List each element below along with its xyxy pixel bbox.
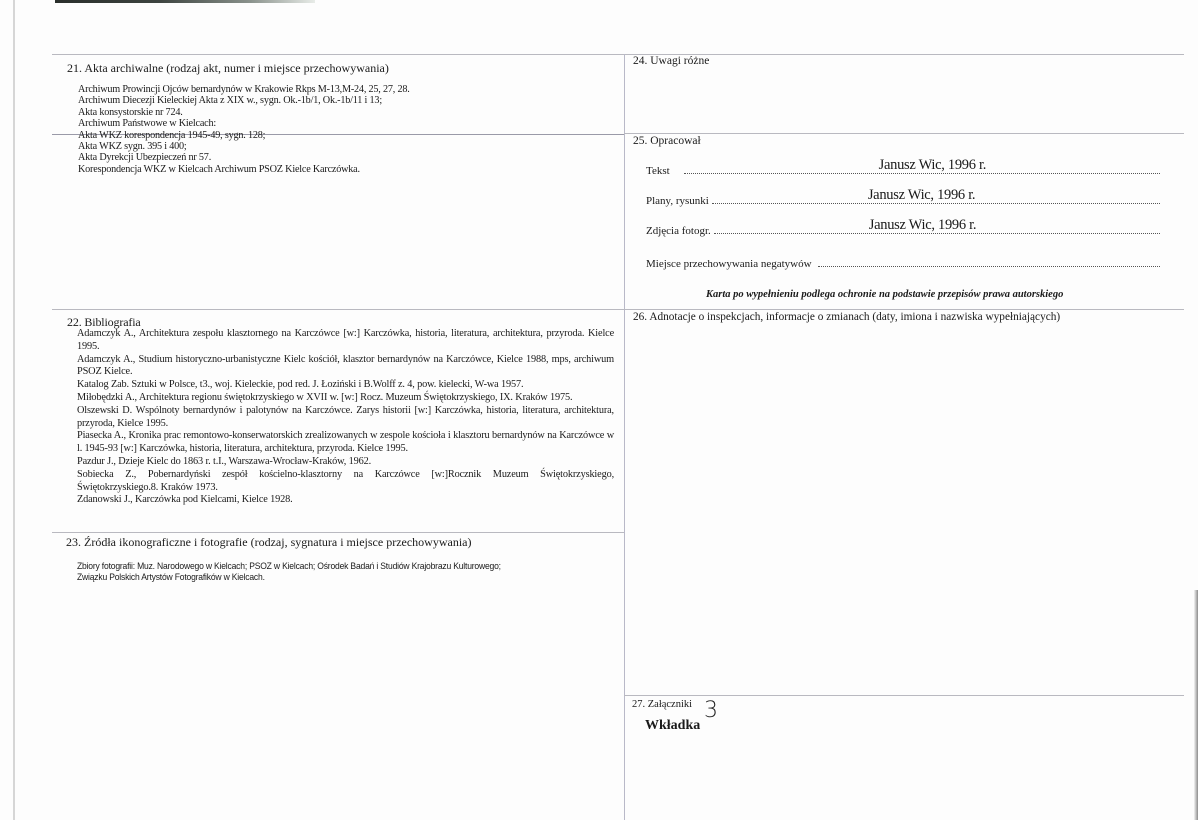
archive-line: Archiwum Diecezji Kieleckiej Akta z XIX … [78, 95, 410, 106]
divider-top [52, 54, 1184, 55]
field-label: Plany, rysunki [646, 195, 712, 207]
section-21-body: Archiwum Prowincji Ojców bernardynów w K… [78, 84, 410, 175]
field-value: Janusz Wic, 1996 r. [879, 157, 986, 174]
iconography-line: Zbiory fotografii: Muz. Narodowego w Kie… [77, 561, 501, 572]
section-24-title: 24. Uwagi różne [633, 55, 709, 67]
field-zdjecia: Zdjęcia fotogr. Janusz Wic, 1996 r. [646, 221, 1160, 237]
bibliography-entry: Olszewski D. Wspólnoty bernardynów i pal… [77, 405, 614, 431]
page-left-edge [13, 0, 15, 820]
section-22-title: 22. Bibliografia [67, 317, 614, 328]
section-23-title: 23. Źródła ikonograficzne i fotografie (… [66, 535, 472, 550]
divider-21-22 [52, 309, 1184, 310]
bibliography-entry: Katalog Zab. Sztuki w Polsce, t3., woj. … [77, 379, 614, 392]
field-label: Miejsce przechowywania negatywów [646, 258, 818, 270]
section-27-title: 27. Załączniki [632, 699, 692, 710]
bibliography-entry: Pazdur J., Dzieje Kielc do 1863 r. t.I.,… [77, 456, 614, 469]
field-label: Zdjęcia fotogr. [646, 225, 714, 237]
divider-22-23 [52, 532, 624, 533]
archive-line: Archiwum Prowincji Ojców bernardynów w K… [78, 84, 410, 95]
divider-26-27 [624, 695, 1184, 696]
section-25-title: 25. Opracował [633, 135, 701, 147]
iconography-line: Związku Polskich Artystów Fotografików w… [77, 572, 501, 583]
divider-center [624, 54, 625, 820]
field-value: Janusz Wic, 1996 r. [869, 217, 976, 234]
scan-shadow-edge [1194, 590, 1198, 820]
divider-24-25 [624, 133, 1184, 134]
section-22-bibliography: 22. Bibliografia Adamczyk A., Architektu… [77, 317, 614, 507]
archive-line: Akta WKZ sygn. 395 i 400; [78, 141, 410, 152]
bibliography-entry: Piasecka A., Kronika prac remontowo-kons… [77, 430, 614, 456]
bibliography-entry: Adamczyk A., Studium historyczno-urbanis… [77, 354, 614, 380]
field-dots [818, 265, 1160, 267]
field-dots: Janusz Wic, 1996 r. [684, 172, 1160, 174]
bibliography-entry: Zdanowski J., Karczówka pod Kielcami, Ki… [77, 494, 614, 507]
photo-edge-strip [55, 0, 315, 3]
field-tekst: Tekst Janusz Wic, 1996 r. [646, 161, 1160, 177]
handwritten-attachment-count: 3 [704, 698, 718, 723]
archive-line: Akta WKZ korespondencja 1945-49, sygn. 1… [78, 130, 410, 141]
field-dots: Janusz Wic, 1996 r. [714, 232, 1160, 234]
bibliography-entry: Miłobędzki A., Architektura regionu świę… [77, 392, 614, 405]
archive-line: Korespondencja WKZ w Kielcach Archiwum P… [78, 164, 410, 175]
archive-line: Akta Dyrekcji Ubezpieczeń nr 57. [78, 152, 410, 163]
archive-line: Archiwum Państwowe w Kielcach: [78, 118, 410, 129]
bibliography-entry: Adamczyk A., Architektura zespołu klaszt… [77, 328, 614, 354]
section-26-title: 26. Adnotacje o inspekcjach, informacje … [633, 311, 1060, 323]
field-negatywy: Miejsce przechowywania negatywów [646, 254, 1160, 270]
bibliography-entry: Sobiecka Z., Pobernardyński zespół kości… [77, 469, 614, 495]
field-plany: Plany, rysunki Janusz Wic, 1996 r. [646, 191, 1160, 207]
section-23-body: Zbiory fotografii: Muz. Narodowego w Kie… [77, 561, 501, 583]
archive-line: Akta konsystorskie nr 724. [78, 107, 410, 118]
copyright-notice: Karta po wypełnieniu podlega ochronie na… [706, 289, 1063, 300]
field-label: Tekst [646, 165, 684, 177]
field-dots: Janusz Wic, 1996 r. [712, 202, 1160, 204]
section-21-title: 21. Akta archiwalne (rodzaj akt, numer i… [67, 61, 389, 76]
attachment-item: Wkładka [645, 718, 700, 734]
field-value: Janusz Wic, 1996 r. [868, 187, 975, 204]
